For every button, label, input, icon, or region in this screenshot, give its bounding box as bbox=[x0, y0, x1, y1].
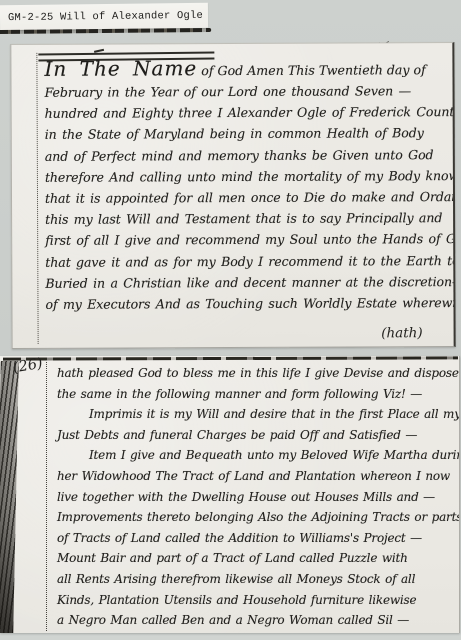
margin-rule bbox=[46, 362, 47, 631]
manuscript-line: therefore And calling unto mind the mort… bbox=[45, 165, 448, 188]
page-number: (26) bbox=[12, 356, 44, 376]
page-top-edge bbox=[3, 356, 458, 360]
manuscript-line: Mount Bair and part of a Tract of Land c… bbox=[57, 548, 457, 569]
opening-line: In The Name of God Amen This Twentieth d… bbox=[44, 54, 447, 82]
manuscript-line: Imprimis it is my Will and desire that i… bbox=[57, 404, 457, 425]
binding-shadow bbox=[0, 361, 19, 633]
manuscript-text-block: In The Name of God Amen This Twentieth d… bbox=[44, 54, 448, 345]
manuscript-line: Improvements thereto belonging Also the … bbox=[57, 507, 457, 528]
manuscript-line: of my Executors And as Touching such Wor… bbox=[45, 292, 448, 315]
manuscript-lines: February in the Year of our Lord one tho… bbox=[45, 80, 449, 315]
manuscript-line: this my last Will and Testament that is … bbox=[45, 207, 448, 230]
opening-words: In The Name bbox=[44, 56, 197, 81]
scanned-will-document: GM-2-25 Will of Alexander Ogle ‿ In The … bbox=[0, 0, 461, 640]
manuscript-line: that gave it and as for my Body I recomm… bbox=[45, 250, 448, 273]
manuscript-line: all Rents Arising therefrom likewise all… bbox=[57, 569, 457, 590]
margin-rule bbox=[36, 53, 38, 344]
manuscript-line: in the State of Maryland being in common… bbox=[45, 122, 448, 145]
manuscript-line: of Tracts of Land called the Addition to… bbox=[57, 528, 457, 549]
manuscript-line: that it is appointed for all men once to… bbox=[45, 186, 448, 209]
archive-label-text: GM-2-25 Will of Alexander Ogle bbox=[8, 9, 203, 23]
opening-rest: of God Amen This Twentieth day of bbox=[197, 62, 426, 78]
manuscript-lines: hath pleased God to bless me in this lif… bbox=[57, 363, 457, 631]
manuscript-line: the same in the following manner and for… bbox=[57, 384, 457, 405]
manuscript-line: Buried in a Christian like and decent ma… bbox=[45, 271, 448, 294]
manuscript-line: hath pleased God to bless me in this lif… bbox=[57, 363, 457, 384]
manuscript-line: her Widowhood The Tract of Land and Plan… bbox=[57, 466, 457, 487]
manuscript-line: hundred and Eighty three I Alexander Ogl… bbox=[45, 101, 448, 124]
manuscript-line: Just Debts and funeral Charges be paid O… bbox=[57, 425, 457, 446]
manuscript-page-1: In The Name of God Amen This Twentieth d… bbox=[10, 42, 455, 349]
manuscript-line: Kinds, Plantation Utensils and Household… bbox=[57, 590, 457, 611]
manuscript-page-2: (26) hath pleased God to bless me in thi… bbox=[0, 356, 460, 633]
manuscript-line: a Negro Man called Ben and a Negro Woman… bbox=[57, 610, 457, 631]
manuscript-line: February in the Year of our Lord one tho… bbox=[45, 80, 448, 103]
manuscript-line: live together with the Dwelling House ou… bbox=[57, 487, 457, 508]
archive-label: GM-2-25 Will of Alexander Ogle bbox=[0, 3, 208, 31]
manuscript-line: first of all I give and recommend my Sou… bbox=[45, 228, 448, 251]
catchword: (hath) bbox=[381, 325, 422, 341]
manuscript-line: Item I give and Bequeath unto my Beloved… bbox=[57, 445, 457, 466]
manuscript-line: and of Perfect mind and memory thanks be… bbox=[45, 144, 448, 167]
